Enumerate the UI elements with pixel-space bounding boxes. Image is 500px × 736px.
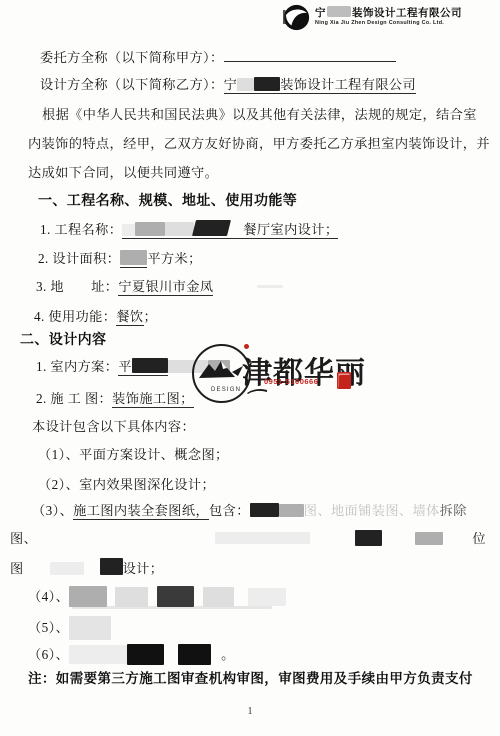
company-logo-icon [283,4,310,31]
sub-item-3-end-text: 拆除 [440,503,467,518]
redaction-block [415,532,443,545]
sub-item-3-label: （3）、 [32,503,73,518]
design-area-value [120,251,147,268]
sub-item-6-label: （6）、 [28,647,69,662]
construction-drawing-line: 2. 施 工 图：装饰施工图； [36,390,194,408]
redaction-block [69,586,107,607]
interior-plan-line: 1. 室内方案：平 [36,358,230,376]
redaction-block [115,587,148,607]
redaction-block [203,587,234,607]
sub-item-6: （6）、。 [28,644,235,665]
redaction-block [279,504,304,517]
redaction-block [120,250,147,265]
party-a-label: 委托方全称（以下简称甲方）： [40,50,224,65]
redaction-block [132,358,168,373]
address-label: 3. 地 址： [36,279,118,294]
contract-page: 宁装饰设计工程有限公司 Ning Xia Jiu Zhen Design Con… [0,0,500,736]
design-area-unit: 平方米； [147,251,201,266]
redaction-block [100,558,123,575]
sub-item-2: （2）、室内效果图深化设计； [38,476,215,494]
interior-plan-value: 平 [118,359,168,376]
party-b-prefix: 宁 [224,77,238,92]
watermark-phone: 0951-5100666 [264,377,318,386]
redaction-block [192,220,231,236]
redaction-block [178,644,211,665]
sub-item-3-faint-text: 图、地面铺装图、墙体 [304,503,440,518]
project-name-value: 餐厅室内设计； [122,222,338,239]
address-value: 宁夏银川市金凤 [118,279,213,296]
sub-item-4: （4）、 [28,586,286,607]
sub-item-1: （1）、平面方案设计、概念图； [38,446,229,464]
design-area-label: 2. 设计面积： [38,251,120,266]
sub-item-3: （3）、施工图内装全套图纸，包含：图、地面铺装图、墙体拆除 [32,502,467,520]
usage-label: 4. 使用功能： [34,309,116,324]
sub-item-3-cont-1: 图、 位 [10,530,488,548]
company-name-en: Ning Xia Jiu Zhen Design Consulting Co. … [315,20,444,26]
cont1-end: 位 [472,530,486,548]
redaction-block [254,77,280,91]
redaction-block [215,532,310,544]
project-name-text: 餐厅室内设计； [243,222,338,237]
design-area-line: 2. 设计面积：平方米； [38,250,202,268]
redaction-block [168,360,208,373]
construction-drawing-value: 装饰施工图； [112,391,194,408]
project-name-label: 1. 工程名称： [40,222,122,237]
redaction-block [69,616,111,640]
preamble-line-3: 达成如下合同，以便共同遵守。 [28,164,218,182]
sub-item-3-contains: 包含： [209,503,250,518]
watermark-design-label: DESIGN [211,387,241,393]
party-a-line: 委托方全称（以下简称甲方）： [40,48,396,67]
project-name-line: 1. 工程名称：餐厅室内设计； [40,220,338,239]
usage-line: 4. 使用功能：餐饮； [34,308,157,326]
sub-item-5-label: （5）、 [28,620,69,635]
preamble-line-2: 内装饰的特点，经甲，乙双方友好协商，甲方委托乙方承担室内装饰设计，并 [28,135,490,153]
redaction-block [135,222,165,236]
redaction-block [165,222,194,236]
company-name-suffix: 装饰设计工程有限公司 [352,7,462,19]
redaction-block [248,588,286,606]
watermark-brand-name: 津都华丽 [242,348,366,392]
red-accent-dot [244,344,249,349]
cont1-start: 图、 [10,531,37,546]
redaction-block [250,503,279,517]
cont2-start: 图 [10,561,24,576]
party-b-value: 宁装饰设计工程有限公司 [224,77,416,94]
party-a-blank-field [224,48,396,62]
section1-heading: 一、工程名称、规模、地址、使用功能等 [38,191,297,209]
party-b-suffix: 装饰设计工程有限公司 [280,77,416,92]
redaction-block [50,562,84,575]
sub-item-6-punct: 。 [221,647,235,662]
company-name-cn: 宁装饰设计工程有限公司 [315,5,462,20]
interior-plan-label: 1. 室内方案： [36,359,118,374]
red-seal-icon [337,372,351,389]
swoosh-icon [246,382,268,400]
redaction-block [355,530,382,546]
redaction-block [127,644,164,665]
party-b-label: 设计方全称（以下简称乙方）： [40,77,224,92]
company-name-prefix: 宁 [315,7,326,19]
redaction-block [237,78,254,91]
preamble-line-1: 根据《中华人民共和国民法典》以及其他有关法律，法规的规定，结合室 [42,106,477,124]
address-line: 3. 地 址：宁夏银川市金凤 [36,278,283,296]
sub-item-5: （5）、 [28,616,111,640]
include-heading: 本设计包含以下具体内容： [32,418,195,436]
redaction-block [208,360,230,373]
usage-punct: ； [144,309,158,324]
redaction-block [69,645,127,664]
sub-item-3-title: 施工图内装全套图纸， [73,503,209,520]
construction-drawing-label: 2. 施 工 图： [36,391,112,406]
section2-heading: 二、设计内容 [20,330,106,348]
interior-plan-prefix: 平 [118,359,132,374]
page-number: 1 [0,706,500,717]
redaction-block [327,6,351,17]
footer-note: 注：如需要第三方施工图审查机构审图，审图费用及手续由甲方负责支付 [28,670,473,688]
redaction-block [257,285,283,288]
redaction-block [122,224,135,236]
party-b-line: 设计方全称（以下简称乙方）：宁装饰设计工程有限公司 [40,76,416,94]
redaction-block [157,586,194,607]
usage-value: 餐饮 [116,309,143,326]
sub-item-3-cont-2: 图设计； [10,558,163,578]
cont2-end: 设计； [123,561,164,576]
sub-item-4-label: （4）、 [28,589,69,604]
